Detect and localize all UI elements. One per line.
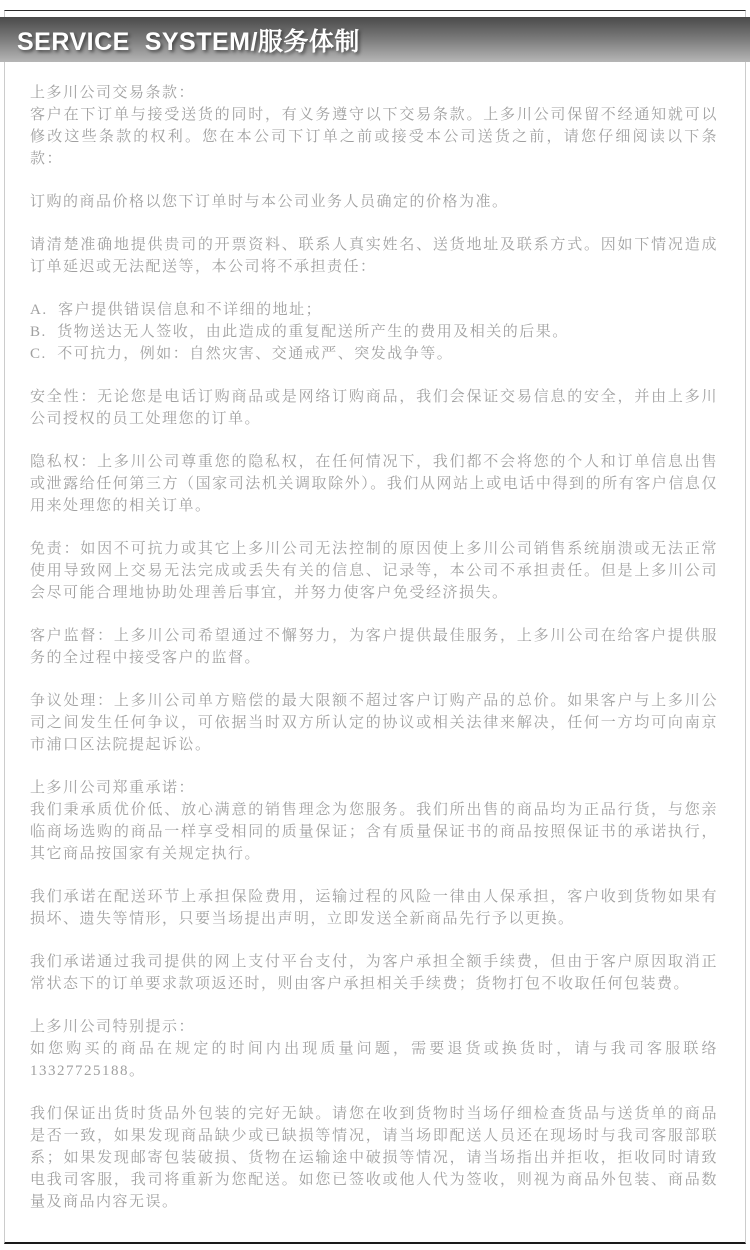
paragraph: 争议处理：上多川公司单方赔偿的最大限额不超过客户订购产品的总价。如果客户与上多川… xyxy=(30,690,718,756)
text-line: 我们秉承质优价低、放心满意的销售理念为您服务。我们所出售的商品均为正品行货，与您… xyxy=(30,799,718,865)
text-line: 客户监督：上多川公司希望通过不懈努力，为客户提供最佳服务，上多川公司在给客户提供… xyxy=(30,625,718,669)
terms-content: 上多川公司交易条款：客户在下订单与接受送货的同时，有义务遵守以下交易条款。上多川… xyxy=(30,82,718,1234)
paragraph: 订购的商品价格以您下订单时与本公司业务人员确定的价格为准。 xyxy=(30,191,718,213)
text-line: 我们承诺通过我司提供的网上支付平台支付，为客户承担全额手续费，但由于客户原因取消… xyxy=(30,951,718,995)
text-line: 争议处理：上多川公司单方赔偿的最大限额不超过客户订购产品的总价。如果客户与上多川… xyxy=(30,690,718,756)
paragraph: 我们保证出货时货品外包装的完好无缺。请您在收到货物时当场仔细检查货品与送货单的商… xyxy=(30,1103,718,1213)
text-line: A. 客户提供错误信息和不详细的地址； xyxy=(30,299,718,321)
text-line: 如您购买的商品在规定的时间内出现质量问题，需要退货或换货时，请与我司客服联络13… xyxy=(30,1038,718,1082)
paragraph: 隐私权：上多川公司尊重您的隐私权，在任何情况下，我们都不会将您的个人和订单信息出… xyxy=(30,451,718,517)
text-line: 我们保证出货时货品外包装的完好无缺。请您在收到货物时当场仔细检查货品与送货单的商… xyxy=(30,1103,718,1213)
text-line: B. 货物送达无人签收，由此造成的重复配送所产生的费用及相关的后果。 xyxy=(30,321,718,343)
text-line: 客户在下订单与接受送货的同时，有义务遵守以下交易条款。上多川公司保留不经通知就可… xyxy=(30,104,718,170)
paragraph: 上多川公司特别提示：如您购买的商品在规定的时间内出现质量问题，需要退货或换货时，… xyxy=(30,1016,718,1082)
paragraph: 上多川公司郑重承诺：我们秉承质优价低、放心满意的销售理念为您服务。我们所出售的商… xyxy=(30,777,718,865)
text-line: 请清楚准确地提供贵司的开票资料、联系人真实姓名、送货地址及联系方式。因如下情况造… xyxy=(30,234,718,278)
text-line: 订购的商品价格以您下订单时与本公司业务人员确定的价格为准。 xyxy=(30,191,718,213)
paragraph: 上多川公司交易条款：客户在下订单与接受送货的同时，有义务遵守以下交易条款。上多川… xyxy=(30,82,718,170)
paragraph: 我们承诺在配送环节上承担保险费用，运输过程的风险一律由人保承担，客户收到货物如果… xyxy=(30,886,718,930)
paragraph: 安全性：无论您是电话订购商品或是网络订购商品，我们会保证交易信息的安全，并由上多… xyxy=(30,386,718,430)
section-header-bar: SERVICE SYSTEM/服务体制 xyxy=(0,17,750,62)
text-line: 上多川公司交易条款： xyxy=(30,82,718,104)
text-line: 我们承诺在配送环节上承担保险费用，运输过程的风险一律由人保承担，客户收到货物如果… xyxy=(30,886,718,930)
text-line: 安全性：无论您是电话订购商品或是网络订购商品，我们会保证交易信息的安全，并由上多… xyxy=(30,386,718,430)
paragraph: 我们承诺通过我司提供的网上支付平台支付，为客户承担全额手续费，但由于客户原因取消… xyxy=(30,951,718,995)
text-line: 免责：如因不可抗力或其它上多川公司无法控制的原因使上多川公司销售系统崩溃或无法正… xyxy=(30,538,718,604)
paragraph: 免责：如因不可抗力或其它上多川公司无法控制的原因使上多川公司销售系统崩溃或无法正… xyxy=(30,538,718,604)
text-line: 上多川公司郑重承诺： xyxy=(30,777,718,799)
page-title: SERVICE SYSTEM/服务体制 xyxy=(17,22,360,58)
text-line: C. 不可抗力，例如：自然灾害、交通戒严、突发战争等。 xyxy=(30,343,718,365)
paragraph: 客户监督：上多川公司希望通过不懈努力，为客户提供最佳服务，上多川公司在给客户提供… xyxy=(30,625,718,669)
text-line: 上多川公司特别提示： xyxy=(30,1016,718,1038)
paragraph: 请清楚准确地提供贵司的开票资料、联系人真实姓名、送货地址及联系方式。因如下情况造… xyxy=(30,234,718,278)
paragraph: A. 客户提供错误信息和不详细的地址；B. 货物送达无人签收，由此造成的重复配送… xyxy=(30,299,718,365)
text-line: 隐私权：上多川公司尊重您的隐私权，在任何情况下，我们都不会将您的个人和订单信息出… xyxy=(30,451,718,517)
